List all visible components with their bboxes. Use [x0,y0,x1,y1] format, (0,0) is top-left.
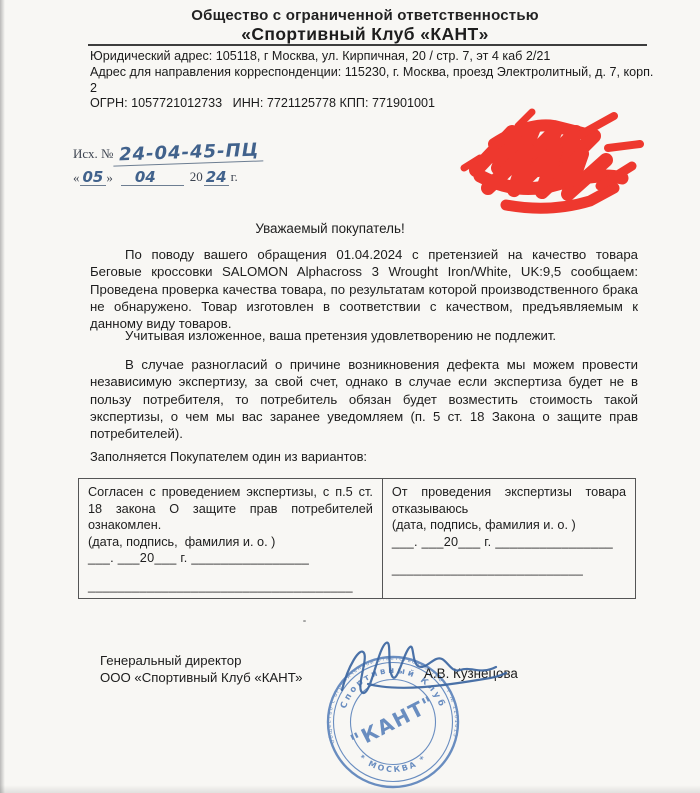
ref-day-handwritten: 05 [80,169,107,186]
director-signature [330,632,515,707]
paragraph-claim-response: По поводу вашего обращения 01.04.2024 с … [90,246,638,332]
scan-speck [303,620,306,622]
paragraph-rejection: Учитывая изложенное, ваша претензия удов… [90,327,638,344]
form-note: Заполняется Покупателем один из варианто… [90,449,367,464]
date-quote-close: » [106,170,113,186]
option-refuse-cell: От проведения экспертизы товара отказыва… [383,479,635,598]
ref-year-handwritten: 24 [204,169,229,186]
legal-address: Юридический адрес: 105118, г Москва, ул.… [90,49,660,65]
option-agree-date-blank: ___. ___20___ г. ________________ [88,550,373,567]
scan-edge-shadow [0,0,5,793]
signoff-title: Генеральный директор [100,652,303,669]
salutation: Уважаемый покупатель! [0,221,660,236]
option-refuse-signature-blank: __________________________ [392,561,626,578]
signoff-company: ООО «Спортивный Клуб «КАНТ» [100,669,303,686]
org-name-title: «Спортивный Клуб «КАНТ» [30,24,700,45]
option-agree-cell: Согласен с проведением экспертизы, с п.5… [79,479,383,598]
org-type-title: Общество с ограниченной ответственностью [30,7,700,24]
postal-address: Адрес для направления корреспонденции: 1… [90,65,660,97]
outgoing-ref-block: Исх. № 24-04-45-ПЦ « 05 » 04 20 24 г. [73,143,293,186]
option-agree-signature-blank: ____________________________________ [88,578,373,595]
option-refuse-date-blank: ___. ___20___ г. ________________ [392,534,626,551]
ref-year-suffix: г. [231,169,238,186]
option-refuse-fields-hint: (дата, подпись, фамилия и. о. ) [392,517,626,534]
scanned-letter-page: { "doc": { "header": { "org_type": "Обще… [0,0,700,793]
ref-year-prefix: 20 [190,169,203,186]
option-agree-fields-hint: (дата, подпись, фамилия и. о. ) [88,534,373,551]
ref-number-handwritten: 24-04-45-ПЦ [113,140,264,166]
letterhead-addresses: Юридический адрес: 105118, г Москва, ул.… [90,49,660,112]
option-refuse-text: От проведения экспертизы товара отказыва… [392,484,626,517]
letterhead-rule [88,44,647,46]
ref-month-handwritten: 04 [121,169,184,186]
signoff-block: Генеральный директор ООО «Спортивный Клу… [100,652,303,686]
options-table: Согласен с проведением экспертизы, с п.5… [78,478,636,599]
paragraph-expertise-terms: В случае разногласий о причине возникнов… [90,356,638,442]
redaction-scribble [458,104,650,218]
ref-label: Исх. № [73,146,113,164]
option-agree-text: Согласен с проведением экспертизы, с п.5… [88,484,373,534]
